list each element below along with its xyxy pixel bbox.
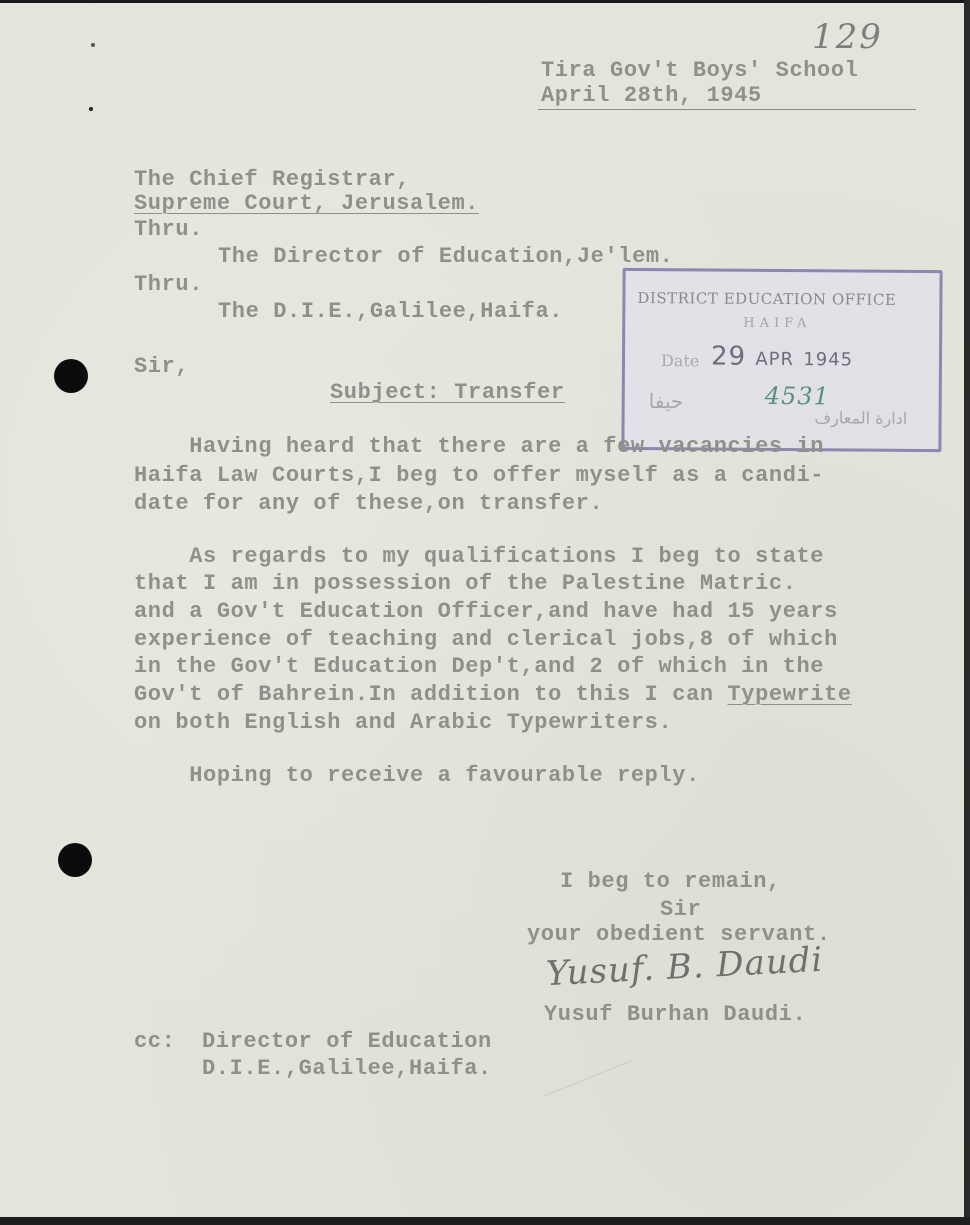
body-p2-line-4: experience of teaching and clerical jobs… — [134, 629, 838, 651]
letter-date: April 28th, 1945 — [541, 85, 762, 107]
stamp-arabic-office: ادارة المعارف — [815, 408, 908, 428]
stamp-title: DISTRICT EDUCATION OFFICE — [637, 289, 896, 309]
cc-label: cc: — [134, 1031, 175, 1053]
thru-value-1: The Director of Education,Je'lem. — [218, 246, 673, 268]
body-p1-line-3: date for any of these,on transfer. — [134, 493, 603, 515]
thru-label-2: Thru. — [134, 274, 203, 296]
handwritten-signature: Yusuf. B. Daudi — [545, 940, 824, 994]
signoff-line-1: I beg to remain, — [560, 871, 781, 893]
scan-bottom-border — [0, 1217, 970, 1225]
signoff-line-2: Sir — [660, 899, 701, 921]
body-p1-line-2: Haifa Law Courts,I beg to offer myself a… — [134, 465, 824, 487]
scan-right-border — [964, 0, 970, 1225]
sender-location: Tira Gov't Boys' School — [541, 60, 858, 82]
cc-line-2: D.I.E.,Galilee,Haifa. — [202, 1058, 492, 1080]
paper-speck — [91, 43, 95, 47]
paper-speck — [89, 107, 93, 111]
stamp-date-year: 1945 — [803, 349, 853, 370]
body-p2-line-2: that I am in possession of the Palestine… — [134, 573, 797, 595]
body-p2-line-6-text: Gov't of Bahrein.In addition to this I c… — [134, 682, 728, 707]
thru-label-1: Thru. — [134, 219, 203, 241]
closing-line: Hoping to receive a favourable reply. — [134, 765, 700, 787]
body-p2-line-1: As regards to my qualifications I beg to… — [134, 546, 824, 568]
letter-page: 129 Tira Gov't Boys' School April 28th, … — [0, 3, 964, 1217]
body-p2-line-3: and a Gov't Education Officer,and have h… — [134, 601, 838, 623]
stamp-date-day: 29 — [711, 342, 746, 372]
body-p1-line-1: Having heard that there are a few vacanc… — [134, 436, 824, 458]
archive-reference-number: 129 — [812, 17, 883, 57]
date-underline — [538, 109, 916, 110]
typed-name: Yusuf Burhan Daudi. — [544, 1004, 806, 1026]
district-education-office-stamp: DISTRICT EDUCATION OFFICE HAIFA Date 29 … — [621, 268, 942, 452]
stamp-registration-number: 4531 — [765, 382, 830, 410]
thru-value-2: The D.I.E.,Galilee,Haifa. — [218, 301, 563, 323]
cc-line-1: Director of Education — [202, 1031, 492, 1053]
underlined-word-typewrite: Typewrite — [728, 682, 852, 707]
stamp-date: 29 APR 1945 — [711, 342, 853, 373]
body-p2-line-7: on both English and Arabic Typewriters. — [134, 712, 672, 734]
subject-line: Subject: Transfer — [330, 382, 565, 404]
body-p2-line-5: in the Gov't Education Dep't,and 2 of wh… — [134, 656, 824, 678]
punch-hole — [54, 359, 88, 393]
body-p2-line-6: Gov't of Bahrein.In addition to this I c… — [134, 684, 852, 706]
faint-pencil-mark — [543, 1060, 631, 1097]
punch-hole — [58, 843, 92, 877]
salutation: Sir, — [134, 356, 189, 378]
stamp-date-label: Date — [661, 351, 699, 370]
recipient-line-2: Supreme Court, Jerusalem. — [134, 193, 479, 215]
stamp-date-month: APR — [755, 349, 794, 370]
recipient-line-1: The Chief Registrar, — [134, 169, 410, 191]
stamp-city: HAIFA — [743, 316, 811, 331]
stamp-arabic-city: حيفا — [649, 389, 684, 413]
